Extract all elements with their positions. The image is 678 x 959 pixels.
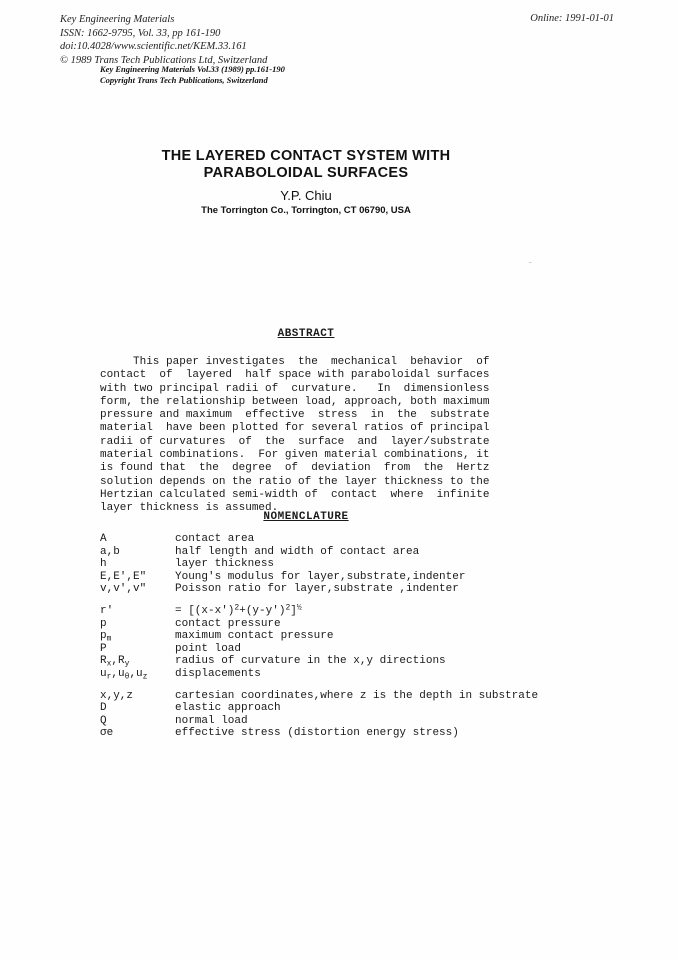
nomenclature-row: p contact pressure	[100, 618, 538, 631]
definition-cell: half length and width of contact area	[175, 546, 419, 559]
nomenclature-list: A contact area a,b half length and width…	[100, 533, 538, 740]
nomenclature-row: E,E',E" Young's modulus for layer,substr…	[100, 571, 538, 584]
nomenclature-row: h layer thickness	[100, 558, 538, 571]
bibliographic-header: Key Engineering Materials ISSN: 1662-979…	[60, 13, 267, 67]
imprint-line-1: Key Engineering Materials Vol.33 (1989) …	[100, 64, 285, 75]
journal-name: Key Engineering Materials	[60, 13, 267, 27]
definition-cell: contact area	[175, 533, 254, 546]
definition-cell: normal load	[175, 715, 248, 728]
symbol-cell: E,E',E"	[100, 571, 175, 584]
nomenclature-row: Q normal load	[100, 715, 538, 728]
symbol-cell: pm	[100, 630, 175, 643]
symbol-cell: Q	[100, 715, 175, 728]
online-date: Online: 1991-01-01	[530, 13, 614, 24]
nomenclature-row: ur,uθ,uz displacements	[100, 668, 538, 681]
nomenclature-row: P point load	[100, 643, 538, 656]
definition-cell: elastic approach	[175, 702, 281, 715]
nomenclature-row: a,b half length and width of contact are…	[100, 546, 538, 559]
imprint-block: Key Engineering Materials Vol.33 (1989) …	[100, 64, 285, 86]
definition-cell: = [(x-x')2+(y-y')2]½	[175, 605, 302, 618]
nomenclature-row: D elastic approach	[100, 702, 538, 715]
author-affiliation: The Torrington Co., Torrington, CT 06790…	[201, 205, 411, 216]
symbol-cell: ur,uθ,uz	[100, 668, 175, 681]
symbol-cell: D	[100, 702, 175, 715]
abstract-heading: ABSTRACT	[278, 328, 335, 340]
nomenclature-row: pm maximum contact pressure	[100, 630, 538, 643]
title-line-1: THE LAYERED CONTACT SYSTEM WITH	[162, 148, 451, 165]
issn-line: ISSN: 1662-9795, Vol. 33, pp 161-190	[60, 27, 267, 41]
symbol-cell: a,b	[100, 546, 175, 559]
nomenclature-row: Rx,Ry radius of curvature in the x,y dir…	[100, 655, 538, 668]
imprint-line-2: Copyright Trans Tech Publications, Switz…	[100, 75, 285, 86]
doi-line: doi:10.4028/www.scientific.net/KEM.33.16…	[60, 40, 267, 54]
definition-cell: layer thickness	[175, 558, 274, 571]
symbol-cell: A	[100, 533, 175, 546]
nomenclature-row: σe effective stress (distortion energy s…	[100, 727, 538, 740]
definition-cell: cartesian coordinates,where z is the dep…	[175, 690, 538, 703]
scan-artifact: ·	[434, 731, 437, 741]
definition-cell: contact pressure	[175, 618, 281, 631]
definition-cell: Poisson ratio for layer,substrate ,inden…	[175, 583, 459, 596]
nomenclature-row: v,v',v" Poisson ratio for layer,substrat…	[100, 583, 538, 596]
symbol-cell: p	[100, 618, 175, 631]
nomenclature-row: r' = [(x-x')2+(y-y')2]½	[100, 605, 538, 618]
definition-cell: point load	[175, 643, 241, 656]
nomenclature-row: A contact area	[100, 533, 538, 546]
page-title: THE LAYERED CONTACT SYSTEM WITH PARABOLO…	[162, 148, 451, 181]
definition-cell: Young's modulus for layer,substrate,inde…	[175, 571, 465, 584]
author-name: Y.P. Chiu	[280, 188, 332, 203]
nomenclature-row: x,y,z cartesian coordinates,where z is t…	[100, 690, 538, 703]
paper-page: Key Engineering Materials ISSN: 1662-979…	[0, 0, 678, 959]
scan-artifact: ˜	[528, 262, 533, 272]
definition-cell: radius of curvature in the x,y direction…	[175, 655, 446, 668]
symbol-cell: Rx,Ry	[100, 655, 175, 668]
symbol-cell: v,v',v"	[100, 583, 175, 596]
nomenclature-heading: NOMENCLATURE	[263, 511, 348, 523]
definition-cell: displacements	[175, 668, 261, 681]
definition-cell: maximum contact pressure	[175, 630, 333, 643]
symbol-cell: r'	[100, 605, 175, 618]
symbol-cell: P	[100, 643, 175, 656]
symbol-cell: h	[100, 558, 175, 571]
title-line-2: PARABOLOIDAL SURFACES	[162, 165, 451, 182]
symbol-cell: x,y,z	[100, 690, 175, 703]
definition-cell: effective stress (distortion energy stre…	[175, 727, 459, 740]
symbol-cell: σe	[100, 727, 175, 740]
abstract-text: This paper investigates the mechanical b…	[100, 356, 489, 516]
